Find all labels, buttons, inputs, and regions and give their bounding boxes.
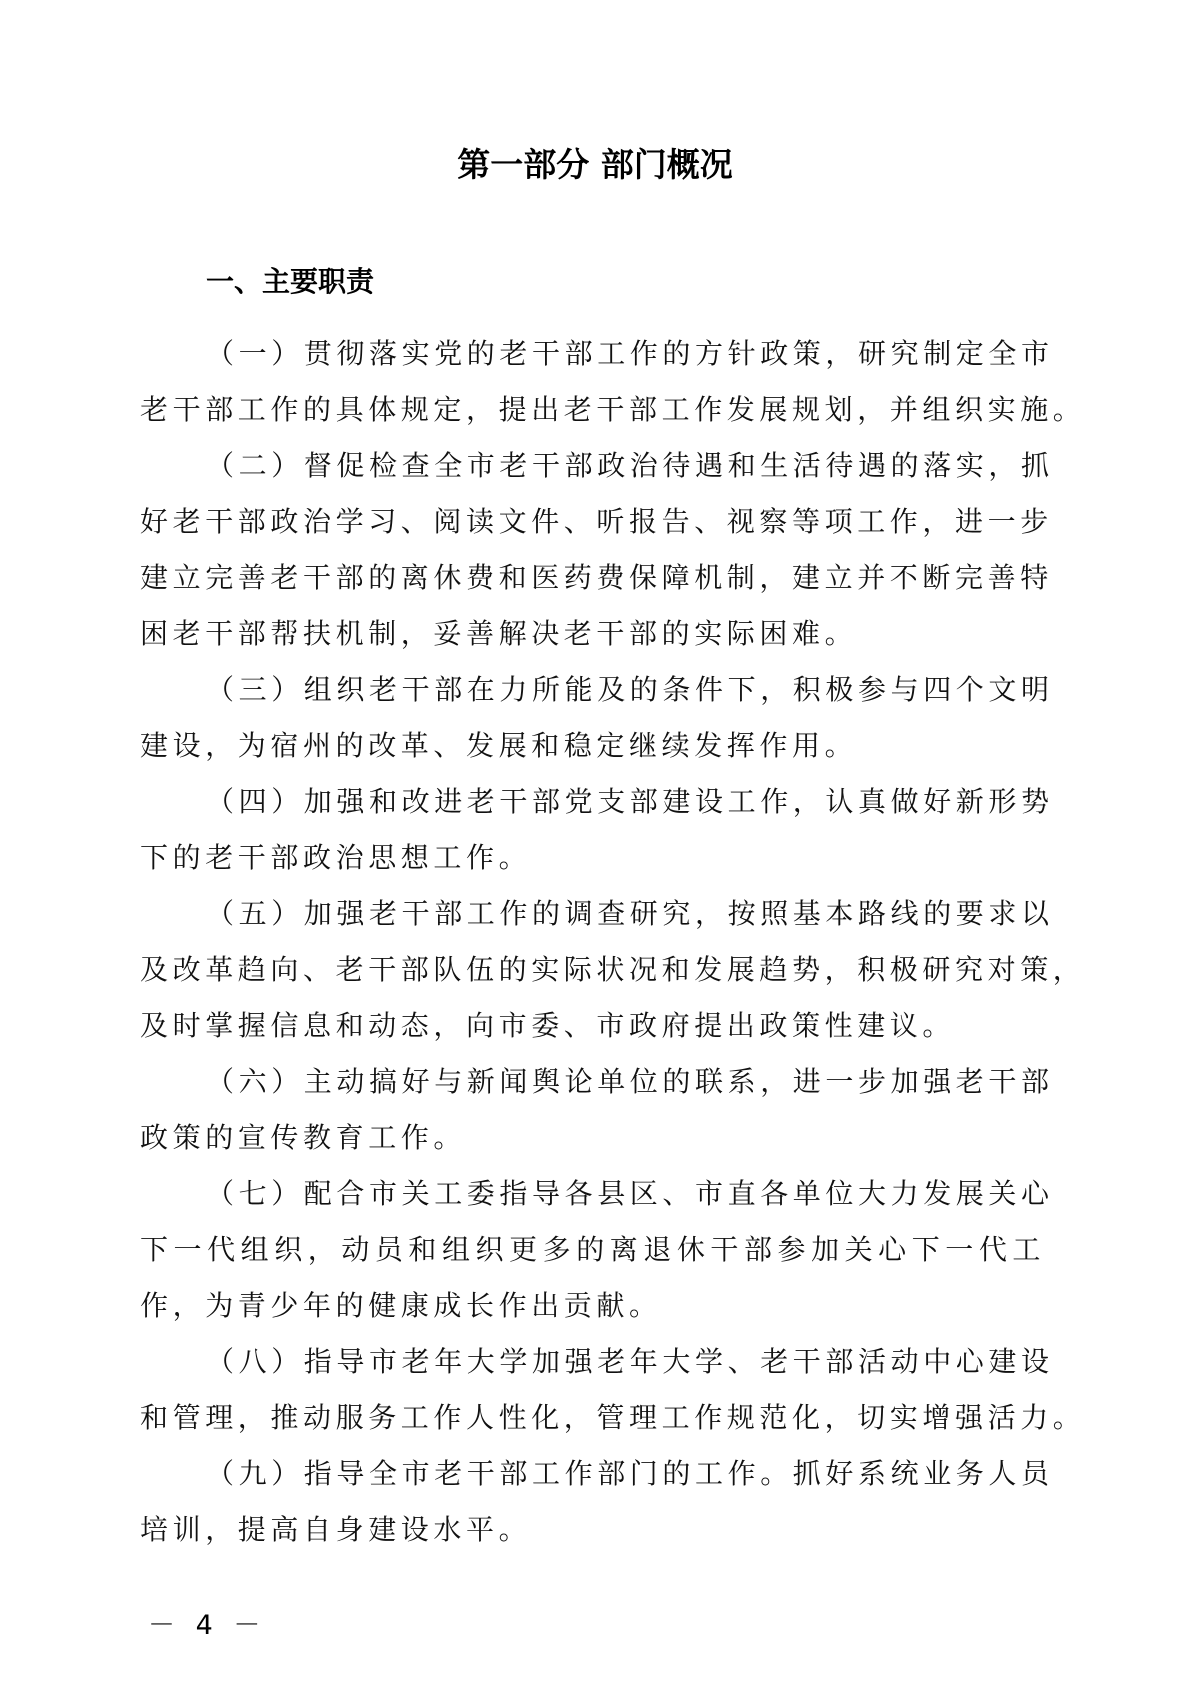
page-title: 第一部分 部门概况 [0, 143, 1190, 187]
paragraph-line: （五）加强老干部工作的调查研究，按照基本路线的要求以 [140, 886, 1045, 942]
duty-paragraph-8: （八）指导市老年大学加强老年大学、老干部活动中心建设 和管理，推动服务工作人性化… [140, 1334, 1045, 1446]
paragraph-line: （六）主动搞好与新闻舆论单位的联系，进一步加强老干部 [140, 1054, 1045, 1110]
paragraph-line: 建立完善老干部的离休费和医药费保障机制，建立并不断完善特 [140, 550, 1045, 606]
paragraph-line: （一）贯彻落实党的老干部工作的方针政策，研究制定全市 [140, 326, 1045, 382]
paragraph-line: 老干部工作的具体规定，提出老干部工作发展规划，并组织实施。 [140, 382, 1045, 438]
paragraph-line: 培训，提高自身建设水平。 [140, 1502, 1045, 1558]
paragraph-line: （九）指导全市老干部工作部门的工作。抓好系统业务人员 [140, 1446, 1045, 1502]
duty-paragraph-2: （二）督促检查全市老干部政治待遇和生活待遇的落实，抓 好老干部政治学习、阅读文件… [140, 438, 1045, 662]
duty-paragraph-5: （五）加强老干部工作的调查研究，按照基本路线的要求以 及改革趋向、老干部队伍的实… [140, 886, 1045, 1054]
duty-paragraph-4: （四）加强和改进老干部党支部建设工作，认真做好新形势 下的老干部政治思想工作。 [140, 774, 1045, 886]
paragraph-line: 好老干部政治学习、阅读文件、听报告、视察等项工作，进一步 [140, 494, 1045, 550]
duty-paragraph-9: （九）指导全市老干部工作部门的工作。抓好系统业务人员 培训，提高自身建设水平。 [140, 1446, 1045, 1558]
paragraph-line: 建设，为宿州的改革、发展和稳定继续发挥作用。 [140, 718, 1045, 774]
duty-paragraph-3: （三）组织老干部在力所能及的条件下，积极参与四个文明 建设，为宿州的改革、发展和… [140, 662, 1045, 774]
duties-body: （一）贯彻落实党的老干部工作的方针政策，研究制定全市 老干部工作的具体规定，提出… [140, 326, 1045, 1558]
duty-paragraph-1: （一）贯彻落实党的老干部工作的方针政策，研究制定全市 老干部工作的具体规定，提出… [140, 326, 1045, 438]
paragraph-line: 及改革趋向、老干部队伍的实际状况和发展趋势，积极研究对策， [140, 942, 1045, 998]
paragraph-line: （八）指导市老年大学加强老年大学、老干部活动中心建设 [140, 1334, 1045, 1390]
paragraph-line: 和管理，推动服务工作人性化，管理工作规范化，切实增强活力。 [140, 1390, 1045, 1446]
paragraph-line: 下一代组织，动员和组织更多的离退休干部参加关心下一代工 [140, 1222, 1045, 1278]
paragraph-line: 困老干部帮扶机制，妥善解决老干部的实际困难。 [140, 606, 1045, 662]
paragraph-line: （七）配合市关工委指导各县区、市直各单位大力发展关心 [140, 1166, 1045, 1222]
paragraph-line: （三）组织老干部在力所能及的条件下，积极参与四个文明 [140, 662, 1045, 718]
page-number: － 4 － [148, 1608, 266, 1644]
duty-paragraph-6: （六）主动搞好与新闻舆论单位的联系，进一步加强老干部 政策的宣传教育工作。 [140, 1054, 1045, 1166]
paragraph-line: 及时掌握信息和动态，向市委、市政府提出政策性建议。 [140, 998, 1045, 1054]
paragraph-line: 政策的宣传教育工作。 [140, 1110, 1045, 1166]
paragraph-line: 下的老干部政治思想工作。 [140, 830, 1045, 886]
paragraph-line: （二）督促检查全市老干部政治待遇和生活待遇的落实，抓 [140, 438, 1045, 494]
section-heading-main-duties: 一、主要职责 [206, 262, 374, 302]
paragraph-line: 作，为青少年的健康成长作出贡献。 [140, 1278, 1045, 1334]
duty-paragraph-7: （七）配合市关工委指导各县区、市直各单位大力发展关心 下一代组织，动员和组织更多… [140, 1166, 1045, 1334]
paragraph-line: （四）加强和改进老干部党支部建设工作，认真做好新形势 [140, 774, 1045, 830]
